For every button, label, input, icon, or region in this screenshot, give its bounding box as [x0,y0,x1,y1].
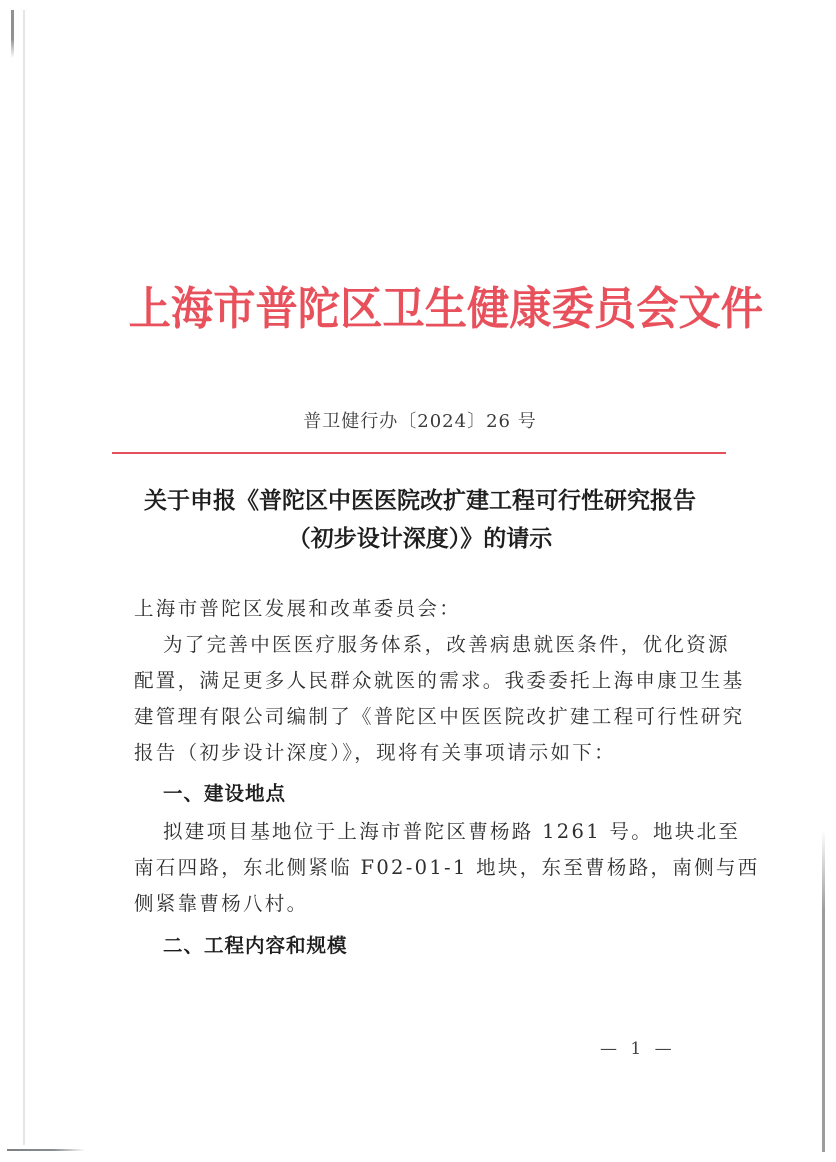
red-separator-rule [112,452,726,454]
page-number: — 1 — [600,1039,676,1059]
scan-edge-left-dark [11,10,14,58]
section-paragraph-line: 侧紧靠曹杨八村。 [134,888,709,916]
scan-edge-right [822,830,825,1152]
section-heading-project-scope: 二、工程内容和规模 [163,930,348,958]
scan-edge-left-light [23,10,25,1145]
intro-paragraph-line: 配置，满足更多人民群众就医的需求。我委委托上海申康卫生基 [134,665,709,693]
section-paragraph-line: 拟建项目基地位于上海市普陀区曹杨路 1261 号。地块北至 [163,816,709,844]
document-title-line-1: 关于申报《普陀区中医医院改扩建工程可行性研究报告 [110,482,730,515]
document-number: 普卫健行办〔2024〕26 号 [110,407,730,433]
section-heading-construction-site: 一、建设地点 [163,778,286,806]
section-paragraph-line: 南石四路，东北侧紧临 F02-01-1 地块，东至曹杨路，南侧与西 [134,852,709,880]
intro-paragraph-line: 建管理有限公司编制了《普陀区中医医院改扩建工程可行性研究 [134,701,709,729]
intro-paragraph-line: 为了完善中医医疗服务体系，改善病患就医条件，优化资源 [163,629,709,657]
scan-edge-bottom [7,1149,85,1151]
intro-paragraph-line: 报告（初步设计深度）》，现将有关事项请示如下： [134,737,709,765]
issuer-masthead: 上海市普陀区卫生健康委员会文件 [129,272,712,337]
document-title-line-2: （初步设计深度）》的请示 [110,520,730,553]
addressee: 上海市普陀区发展和改革委员会： [134,593,709,621]
